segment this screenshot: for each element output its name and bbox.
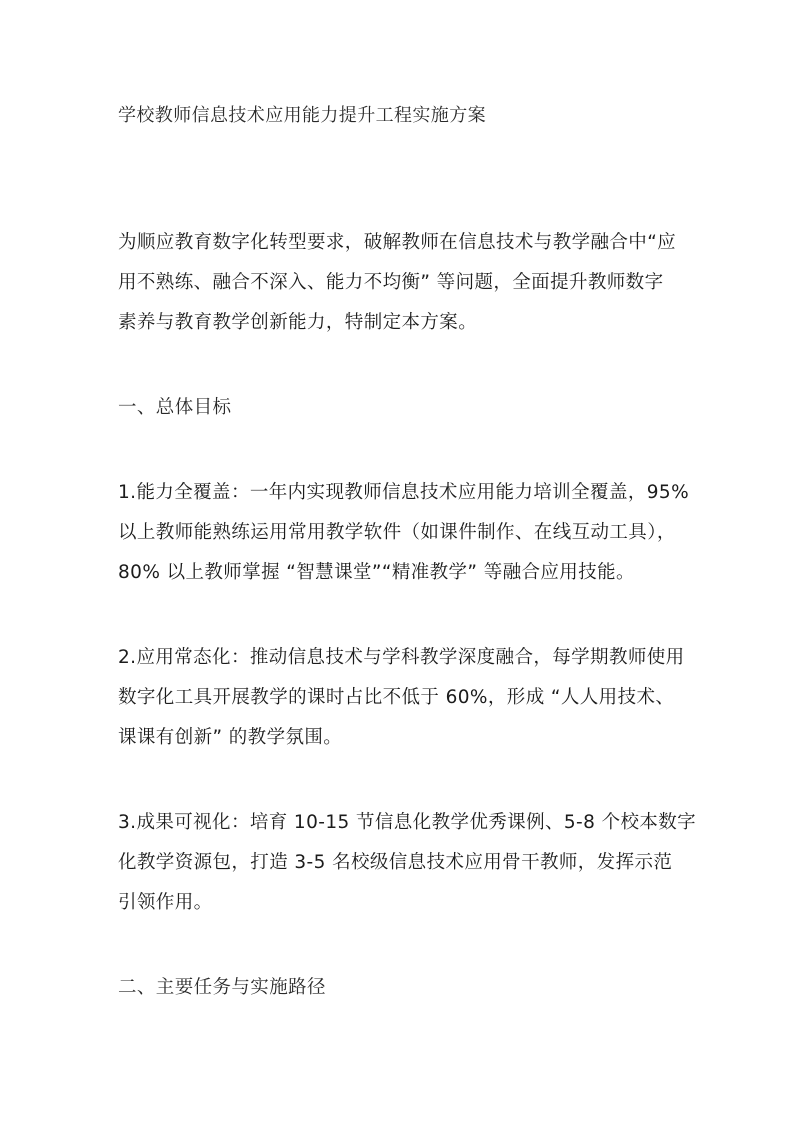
goal-line: 化教学资源包，打造 3-5 名校级信息技术应用骨干教师，发挥示范 [118, 851, 672, 875]
section-heading-overall-goals: 一、总体目标 [118, 396, 231, 420]
goal-line: 以上教师能熟练运用常用教学软件（如课件制作、在线互动工具）， [118, 521, 676, 545]
goal-line: 数字化工具开展教学的课时占比不低于 60%，形成 “人人用技术、 [118, 686, 674, 710]
goal-line: 80% 以上教师掌握 “智慧课堂”“精准教学” 等融合应用技能。 [118, 561, 635, 585]
document-title: 学校教师信息技术应用能力提升工程实施方案 [118, 104, 486, 128]
goal-line: 课课有创新” 的教学氛围。 [118, 726, 342, 750]
goal-line: 3.成果可视化：培育 10-15 节信息化教学优秀课例、5-8 个校本数字 [118, 811, 696, 835]
goal-line: 引领作用。 [118, 891, 213, 915]
goal-line: 2.应用常态化：推动信息技术与学科教学深度融合，每学期教师使用 [118, 646, 685, 670]
intro-line: 用不熟练、融合不深入、能力不均衡” 等问题，全面提升教师数字 [118, 271, 663, 295]
section-heading-tasks-paths: 二、主要任务与实施路径 [118, 976, 326, 1000]
goal-line: 1.能力全覆盖：一年内实现教师信息技术应用能力培训全覆盖，95% [118, 481, 689, 505]
document-page: 学校教师信息技术应用能力提升工程实施方案 为顺应教育数字化转型要求，破解教师在信… [0, 0, 793, 1122]
intro-line: 素养与教育教学创新能力，特制定本方案。 [118, 311, 477, 335]
intro-line: 为顺应教育数字化转型要求，破解教师在信息技术与教学融合中“应 [118, 231, 676, 255]
